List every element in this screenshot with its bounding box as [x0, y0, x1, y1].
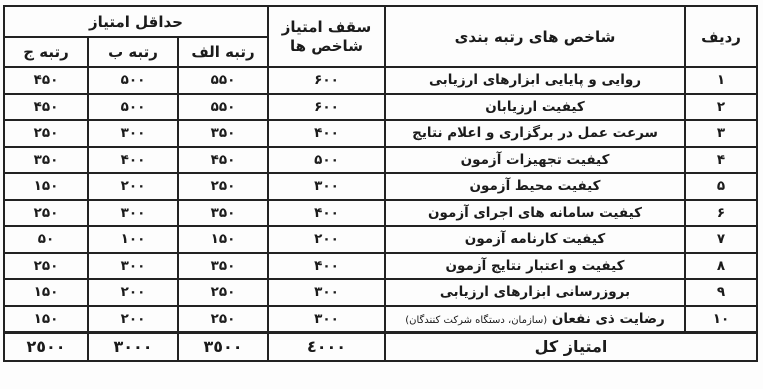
indicator-label: بروزرسانی ابزارهای ارزیابی	[440, 284, 630, 300]
rank-b-cell: ۲۰۰	[88, 279, 178, 306]
rank-a-cell: ۴۵۰	[178, 147, 268, 174]
row-number-cell: ۴	[685, 147, 757, 174]
rank-b-cell: ۳۰۰	[88, 120, 178, 147]
rank-b-cell: ۱۰۰	[88, 226, 178, 253]
row-number-cell: ۱۰	[685, 306, 757, 333]
indicator-cell: بروزرسانی ابزارهای ارزیابی	[385, 279, 685, 306]
total-rank-b-cell: ٣٠٠٠	[88, 332, 178, 361]
max-score-cell: ۲۰۰	[268, 226, 385, 253]
max-score-cell: ۴۰۰	[268, 253, 385, 280]
rank-c-cell: ۵۰	[4, 226, 88, 253]
header-indicators: شاخص های رتبه بندی	[385, 6, 685, 67]
max-score-cell: ۵۰۰	[268, 147, 385, 174]
rank-b-cell: ۵۰۰	[88, 67, 178, 94]
indicator-cell: سرعت عمل در برگزاری و اعلام نتایج	[385, 120, 685, 147]
header-max-score-line1: سقف امتیاز	[272, 18, 381, 37]
rank-c-cell: ۲۵۰	[4, 120, 88, 147]
indicator-cell: روایی و پایایی ابزارهای ارزیابی	[385, 67, 685, 94]
rank-a-cell: ۵۵۰	[178, 67, 268, 94]
max-score-cell: ۴۰۰	[268, 200, 385, 227]
indicator-label: کیفیت سامانه های اجرای آزمون	[428, 205, 642, 221]
rank-c-cell: ۴۵۰	[4, 67, 88, 94]
table-row: ۷ کیفیت کارنامه آزمون ۲۰۰ ۱۵۰ ۱۰۰ ۵۰	[4, 226, 757, 253]
indicator-label: سرعت عمل در برگزاری و اعلام نتایج	[412, 125, 658, 141]
row-number-cell: ۱	[685, 67, 757, 94]
table-footer: امتیاز کل ٤٠٠٠ ٣٥٠٠ ٣٠٠٠ ٢٥٠٠	[4, 332, 757, 361]
row-number-cell: ۶	[685, 200, 757, 227]
indicator-label: کیفیت و اعتبار نتایج آزمون	[446, 258, 625, 274]
rank-a-cell: ۳۵۰	[178, 120, 268, 147]
max-score-cell: ۳۰۰	[268, 306, 385, 333]
max-score-cell: ۴۰۰	[268, 120, 385, 147]
table-row: ۲ کیفیت ارزیابان ۶۰۰ ۵۵۰ ۵۰۰ ۴۵۰	[4, 94, 757, 121]
indicator-label: کیفیت کارنامه آزمون	[465, 231, 605, 247]
table-header: ردیف شاخص های رتبه بندی سقف امتیاز شاخص …	[4, 6, 757, 67]
row-number-cell: ۹	[685, 279, 757, 306]
rank-c-cell: ۲۵۰	[4, 253, 88, 280]
table-body: ۱ روایی و پایایی ابزارهای ارزیابی ۶۰۰ ۵۵…	[4, 67, 757, 332]
indicator-cell: کیفیت ارزیابان	[385, 94, 685, 121]
total-max-cell: ٤٠٠٠	[268, 332, 385, 361]
max-score-cell: ۳۰۰	[268, 279, 385, 306]
row-number-cell: ۵	[685, 173, 757, 200]
row-number-cell: ۷	[685, 226, 757, 253]
rank-a-cell: ۲۵۰	[178, 173, 268, 200]
rank-a-cell: ۱۵۰	[178, 226, 268, 253]
indicator-note: (سازمان، دستگاه شرکت کنندگان)	[405, 315, 547, 326]
table-row: ۴ کیفیت تجهیزات آزمون ۵۰۰ ۴۵۰ ۴۰۰ ۳۵۰	[4, 147, 757, 174]
rank-a-cell: ۵۵۰	[178, 94, 268, 121]
header-max-score-line2: شاخص ها	[272, 37, 381, 56]
rank-a-cell: ۲۵۰	[178, 279, 268, 306]
rank-b-cell: ۲۰۰	[88, 306, 178, 333]
max-score-cell: ۶۰۰	[268, 67, 385, 94]
table-row: ۳ سرعت عمل در برگزاری و اعلام نتایج ۴۰۰ …	[4, 120, 757, 147]
total-rank-c-cell: ٢٥٠٠	[4, 332, 88, 361]
rank-c-cell: ۳۵۰	[4, 147, 88, 174]
indicator-label: کیفیت ارزیابان	[485, 99, 585, 115]
indicator-label: کیفیت تجهیزات آزمون	[461, 152, 610, 168]
total-row: امتیاز کل ٤٠٠٠ ٣٥٠٠ ٣٠٠٠ ٢٥٠٠	[4, 332, 757, 361]
rank-b-cell: ۴۰۰	[88, 147, 178, 174]
table-row: ۹ بروزرسانی ابزارهای ارزیابی ۳۰۰ ۲۵۰ ۲۰۰…	[4, 279, 757, 306]
rank-a-cell: ۳۵۰	[178, 200, 268, 227]
rank-c-cell: ۱۵۰	[4, 173, 88, 200]
header-rank-b: رتبه ب	[88, 37, 178, 67]
header-rank-c: رتبه ج	[4, 37, 88, 67]
total-label-cell: امتیاز کل	[385, 332, 757, 361]
indicator-cell: کیفیت محیط آزمون	[385, 173, 685, 200]
table-row: ۶ کیفیت سامانه های اجرای آزمون ۴۰۰ ۳۵۰ ۳…	[4, 200, 757, 227]
total-rank-a-cell: ٣٥٠٠	[178, 332, 268, 361]
header-row-number: ردیف	[685, 6, 757, 67]
rank-c-cell: ۲۵۰	[4, 200, 88, 227]
table-row: ۱ روایی و پایایی ابزارهای ارزیابی ۶۰۰ ۵۵…	[4, 67, 757, 94]
rank-b-cell: ۳۰۰	[88, 253, 178, 280]
max-score-cell: ۶۰۰	[268, 94, 385, 121]
indicator-cell: رضایت ذی نفعان (سازمان، دستگاه شرکت کنند…	[385, 306, 685, 333]
rank-b-cell: ۳۰۰	[88, 200, 178, 227]
row-number-cell: ۸	[685, 253, 757, 280]
table-row: ۵ کیفیت محیط آزمون ۳۰۰ ۲۵۰ ۲۰۰ ۱۵۰	[4, 173, 757, 200]
indicator-label: رضایت ذی نفعان	[552, 311, 665, 327]
rank-b-cell: ۵۰۰	[88, 94, 178, 121]
header-max-score: سقف امتیاز شاخص ها	[268, 6, 385, 67]
indicator-label: روایی و پایایی ابزارهای ارزیابی	[429, 72, 641, 88]
rank-c-cell: ۱۵۰	[4, 279, 88, 306]
indicator-cell: کیفیت کارنامه آزمون	[385, 226, 685, 253]
header-rank-a: رتبه الف	[178, 37, 268, 67]
max-score-cell: ۳۰۰	[268, 173, 385, 200]
rank-b-cell: ۲۰۰	[88, 173, 178, 200]
header-min-score-group: حداقل امتیاز	[4, 6, 268, 37]
table-row: ۸ کیفیت و اعتبار نتایج آزمون ۴۰۰ ۳۵۰ ۳۰۰…	[4, 253, 757, 280]
rank-a-cell: ۲۵۰	[178, 306, 268, 333]
rank-c-cell: ۱۵۰	[4, 306, 88, 333]
indicator-label: کیفیت محیط آزمون	[469, 178, 600, 194]
table-row: ۱۰ رضایت ذی نفعان (سازمان، دستگاه شرکت ک…	[4, 306, 757, 333]
indicator-cell: کیفیت و اعتبار نتایج آزمون	[385, 253, 685, 280]
document-page: ردیف شاخص های رتبه بندی سقف امتیاز شاخص …	[0, 0, 763, 389]
indicator-cell: کیفیت تجهیزات آزمون	[385, 147, 685, 174]
indicator-cell: کیفیت سامانه های اجرای آزمون	[385, 200, 685, 227]
rank-a-cell: ۳۵۰	[178, 253, 268, 280]
ranking-indicators-table: ردیف شاخص های رتبه بندی سقف امتیاز شاخص …	[3, 5, 758, 362]
row-number-cell: ۲	[685, 94, 757, 121]
row-number-cell: ۳	[685, 120, 757, 147]
rank-c-cell: ۴۵۰	[4, 94, 88, 121]
